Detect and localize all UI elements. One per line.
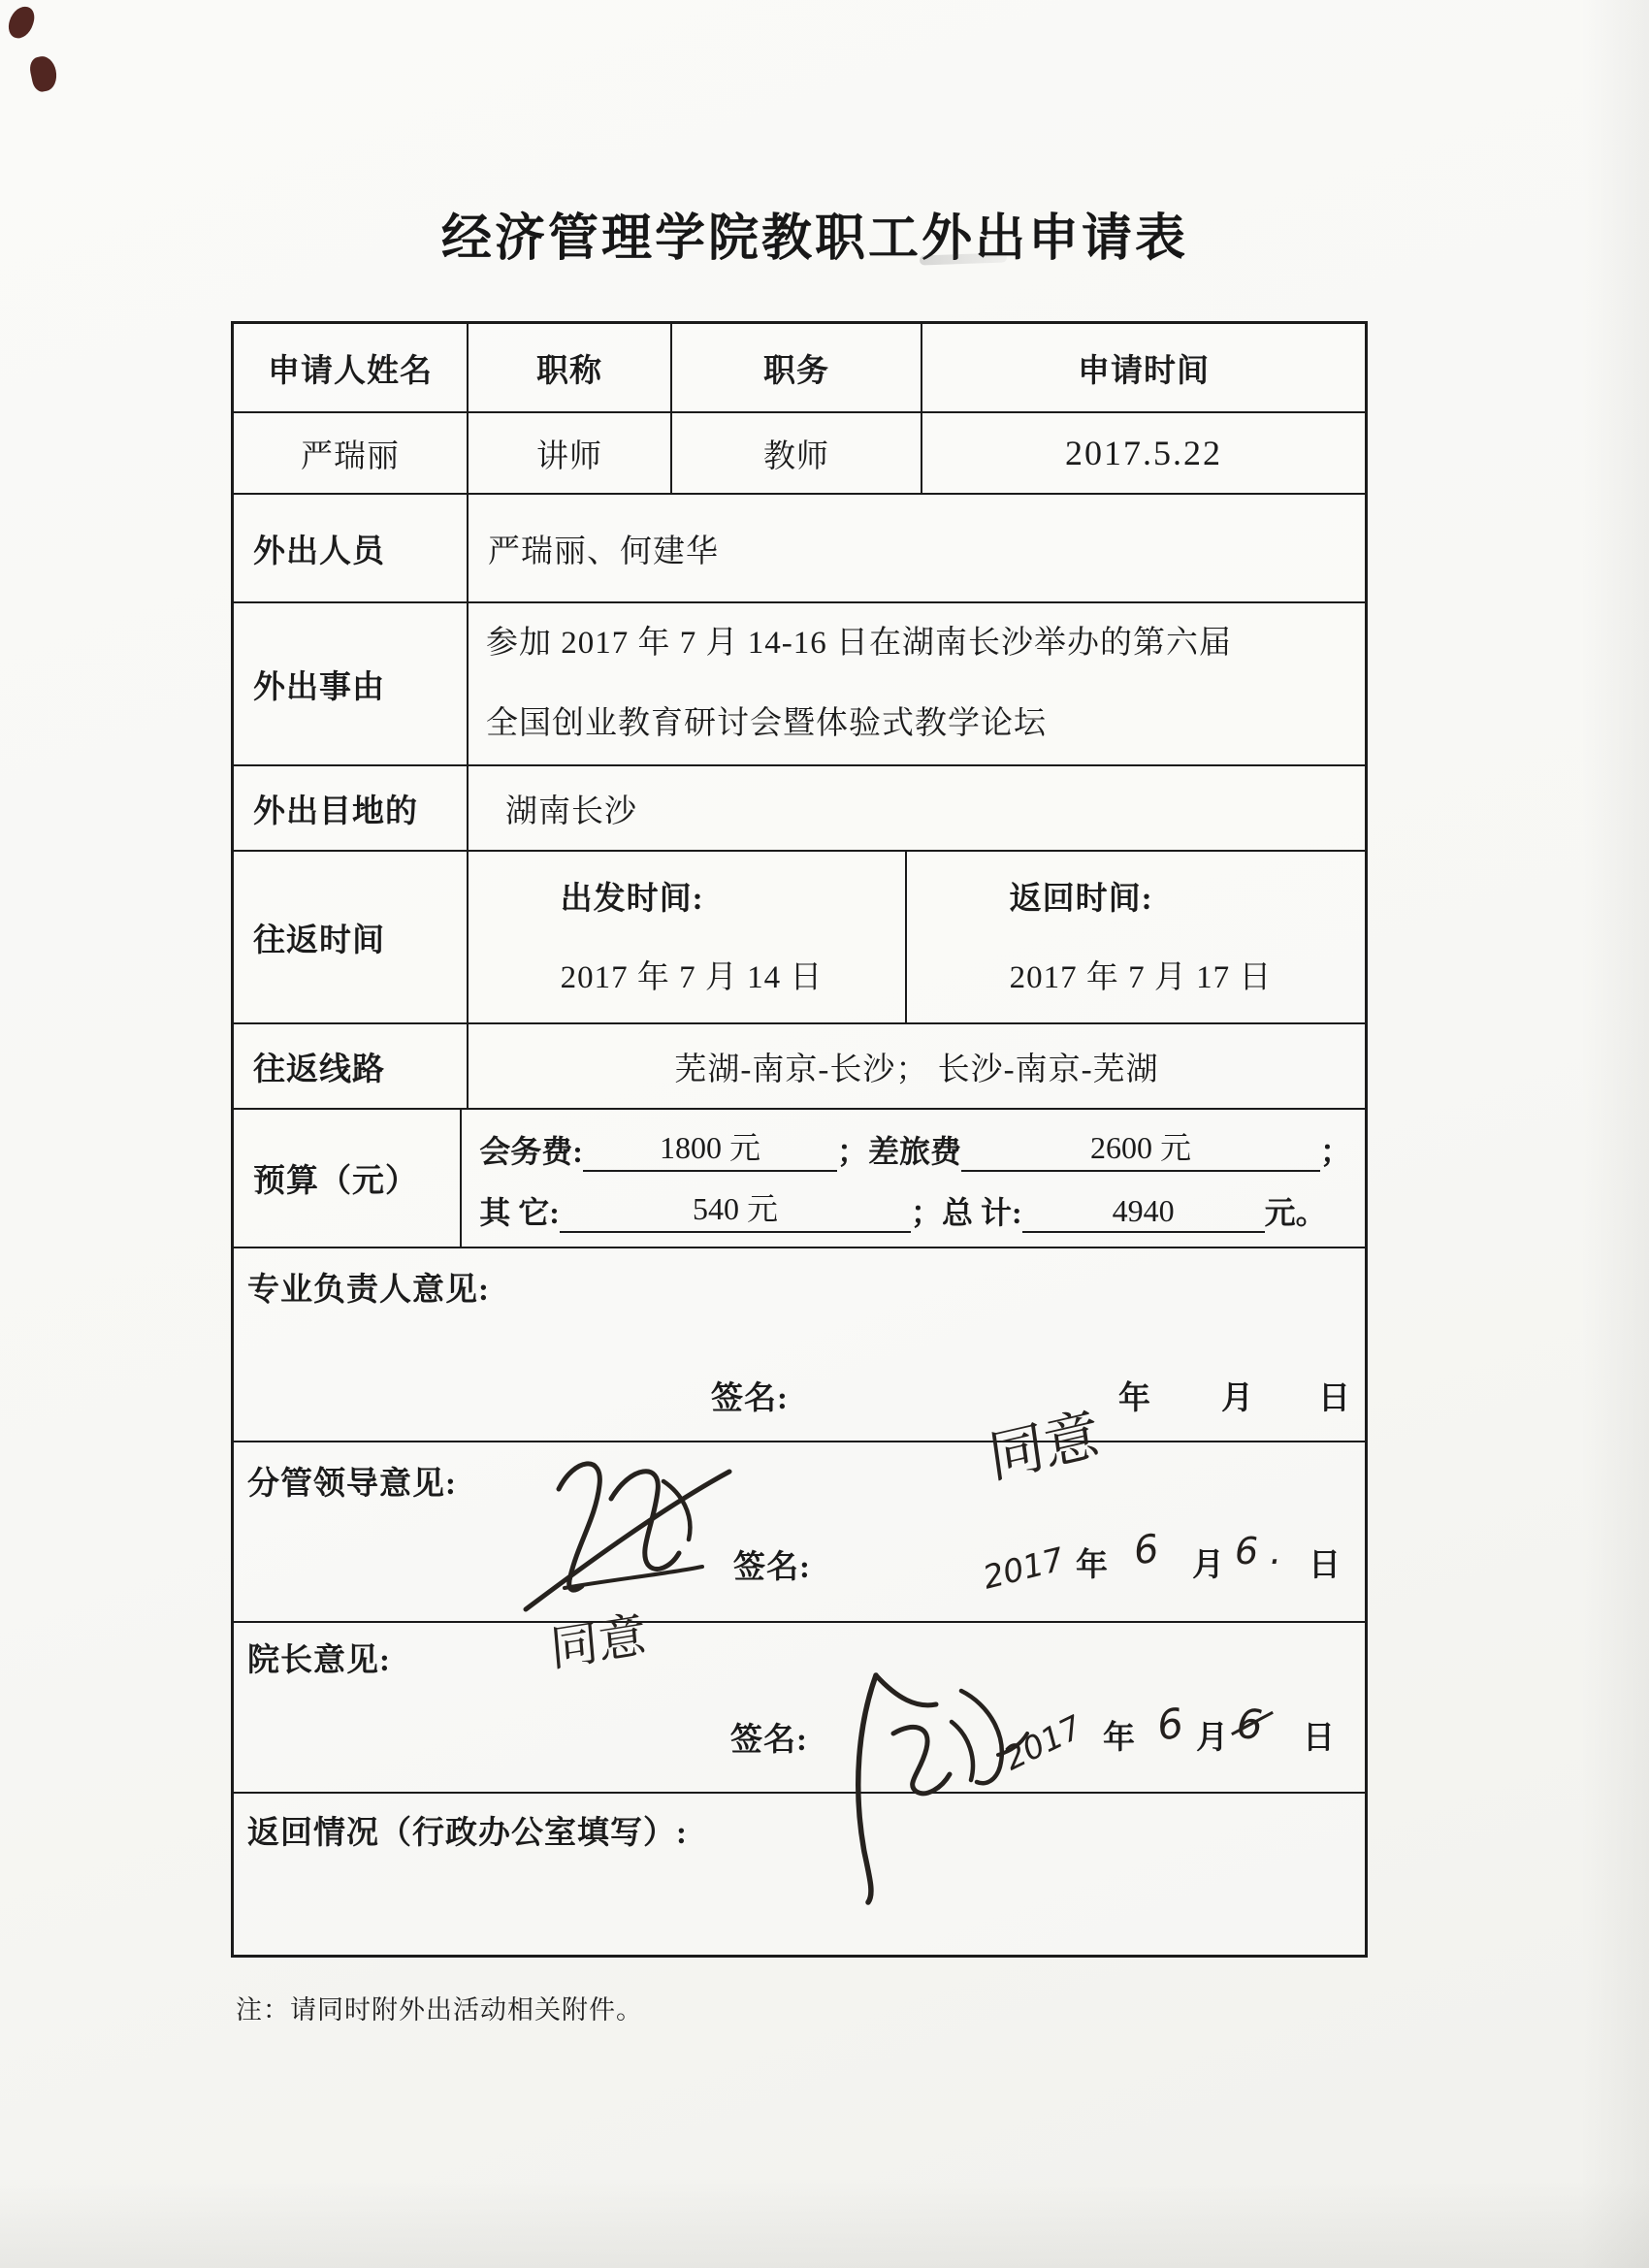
total-value: 4940 [1022, 1193, 1265, 1233]
supervisor-opinion-row: 专业负责人意见: 签名: 年 月 日 [234, 1248, 1365, 1442]
total-label: ；总 计: [911, 1188, 1022, 1233]
route-value: 芜湖-南京-长沙； 长沙-南京-芜湖 [469, 1024, 1365, 1108]
budget-sep: ； [1320, 1127, 1351, 1172]
applicant-name: 严瑞丽 [234, 413, 469, 493]
leader-approval-handwriting: 同意 [985, 1414, 1056, 1489]
dean-opinion-row: 院长意见: 同意 签名: 2017 年 6 月 6 日 [234, 1623, 1365, 1794]
dean-opinion-label: 院长意见: [247, 1635, 391, 1680]
reason-label: 外出事由 [234, 603, 469, 764]
supervisor-day-label: 日 [1318, 1373, 1351, 1418]
travel-fee-label: ；差旅费 [837, 1127, 961, 1172]
applicant-row: 严瑞丽 讲师 教师 2017.5.22 [234, 413, 1365, 495]
schedule-label: 往返时间 [234, 852, 469, 1022]
leader-year-handwriting: 2017 [980, 1539, 1068, 1596]
header-apply-date: 申请时间 [922, 324, 1365, 411]
leader-month-label: 月 [1192, 1539, 1225, 1585]
leader-sign-label: 签名: [733, 1541, 811, 1587]
other-fee-label: 其 它: [479, 1188, 560, 1233]
footnote: 注：请同时附外出活动相关附件。 [236, 1989, 643, 2026]
supervisor-year-label: 年 [1118, 1373, 1151, 1418]
supervisor-month-label: 月 [1221, 1373, 1254, 1418]
leader-day-label: 日 [1309, 1539, 1342, 1585]
reason-row: 外出事由 参加 2017 年 7 月 14-16 日在湖南长沙举办的第六届 全国… [234, 603, 1365, 766]
return-value: 2017 年 7 月 17 日 [1010, 952, 1273, 997]
table-header-row: 申请人姓名 职称 职务 申请时间 [234, 324, 1365, 413]
dean-day-label: 日 [1303, 1712, 1336, 1758]
scan-edge-shadow-bottom [0, 2181, 1649, 2268]
dean-sign-label: 签名: [730, 1714, 808, 1760]
leader-opinion-row: 分管领导意见: 签名: 同意 2017 年 6 月 6 . 日 [234, 1442, 1365, 1623]
conference-fee-value: 1800 元 [583, 1123, 837, 1172]
depart-time-cell: 出发时间: 2017 年 7 月 14 日 [541, 852, 833, 1022]
budget-line2: 其 它: 540 元 ；总 计: 4940 元。 [479, 1184, 1326, 1233]
dean-year-label: 年 [1103, 1712, 1136, 1758]
other-fee-value: 540 元 [560, 1184, 911, 1233]
apply-date-value: 2017.5.22 [922, 413, 1365, 493]
header-title: 职称 [469, 324, 672, 411]
scan-corner-artifact [28, 54, 60, 94]
budget-tail: 元。 [1265, 1188, 1327, 1233]
header-applicant-name: 申请人姓名 [234, 324, 469, 411]
destination-label: 外出目地的 [234, 766, 469, 850]
destination-value: 湖南长沙 [469, 766, 1365, 850]
reason-text: 参加 2017 年 7 月 14-16 日在湖南长沙举办的第六届 全国创业教育研… [469, 590, 1242, 778]
scan-edge-shadow-right [1581, 0, 1649, 2268]
travelers-row: 外出人员 严瑞丽、何建华 [234, 495, 1365, 603]
budget-values: 会务费: 1800 元 ；差旅费 2600 元 ； 其 它: 540 元 ；总 … [462, 1110, 1365, 1247]
supervisor-opinion-label: 专业负责人意见: [247, 1264, 490, 1310]
return-status-row: 返回情况（行政办公室填写）: [234, 1794, 1365, 1955]
budget-row: 预算（元） 会务费: 1800 元 ；差旅费 2600 元 ； 其 它: 540… [234, 1110, 1365, 1248]
return-time-cell: 返回时间: 2017 年 7 月 17 日 [990, 852, 1282, 1022]
application-form-table: 申请人姓名 职称 职务 申请时间 严瑞丽 讲师 教师 2017.5.22 外出人… [231, 321, 1368, 1958]
travelers-label: 外出人员 [234, 495, 469, 601]
depart-value: 2017 年 7 月 14 日 [561, 952, 824, 997]
budget-line1: 会务费: 1800 元 ；差旅费 2600 元 ； [479, 1123, 1351, 1172]
reason-line2: 全国创业教育研讨会暨体验式教学论坛 [486, 703, 1232, 745]
depart-label: 出发时间: [561, 873, 704, 919]
leader-month-handwriting: 6 [1132, 1527, 1161, 1573]
leader-signature-scrawl [510, 1442, 743, 1627]
dean-approval-handwriting: 同意 [548, 1615, 608, 1676]
travelers-value: 严瑞丽、何建华 [469, 495, 1365, 601]
return-status-label: 返回情况（行政办公室填写）: [247, 1807, 688, 1853]
applicant-duty: 教师 [672, 413, 922, 493]
return-label: 返回时间: [1010, 873, 1153, 919]
applicant-title: 讲师 [469, 413, 672, 493]
conference-fee-label: 会务费: [479, 1127, 583, 1172]
scan-corner-artifact [5, 3, 37, 42]
reason-line1: 参加 2017 年 7 月 14-16 日在湖南长沙举办的第六届 [486, 623, 1232, 664]
supervisor-sign-label: 签名: [711, 1373, 789, 1418]
dean-month-label: 月 [1196, 1712, 1229, 1758]
page-title: 经济管理学院教职工外出申请表 [0, 197, 1630, 270]
leader-day-handwriting: 6 . [1235, 1530, 1281, 1572]
route-row: 往返线路 芜湖-南京-长沙； 长沙-南京-芜湖 [234, 1024, 1365, 1110]
leader-year-label: 年 [1076, 1539, 1109, 1585]
leader-opinion-label: 分管领导意见: [247, 1458, 457, 1504]
route-label: 往返线路 [234, 1024, 469, 1108]
dean-month-handwriting: 6 [1154, 1699, 1186, 1749]
budget-label: 预算（元） [234, 1110, 462, 1247]
schedule-row: 往返时间 出发时间: 2017 年 7 月 14 日 返回时间: 2017 年 … [234, 852, 1365, 1024]
destination-row: 外出目地的 湖南长沙 [234, 766, 1365, 852]
travel-fee-value: 2600 元 [961, 1123, 1320, 1172]
header-duty: 职务 [672, 324, 922, 411]
